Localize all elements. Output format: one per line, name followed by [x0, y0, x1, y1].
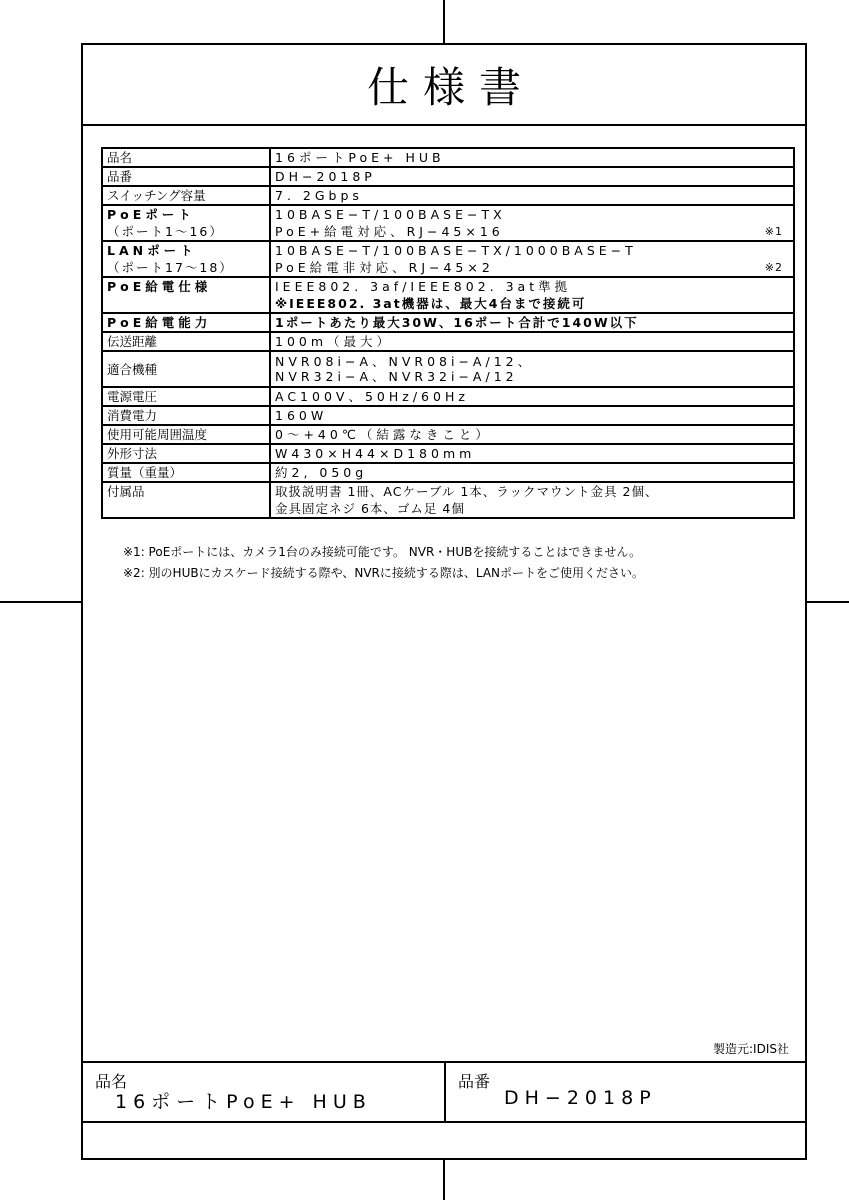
row-label: 付属品 [102, 482, 270, 518]
row-label: LANポート （ポート17〜18） [102, 241, 270, 277]
row-label-line: （ポート1〜16） [107, 223, 265, 240]
row-value-line: 取扱説明書 1冊、ACケーブル 1本、ラックマウント金具 2個、 [275, 483, 789, 500]
row-label-line: PoEポート [107, 206, 265, 223]
row-value-line: 10BASE−T/100BASE−TX [275, 206, 789, 223]
row-label: PoEポート （ポート1〜16） [102, 205, 270, 241]
row-value: 100m（最大） [270, 332, 794, 351]
table-row: 外形寸法 W430×H44×D180mm [102, 444, 794, 463]
table-row: 消費電力 160W [102, 406, 794, 425]
row-value: AC100V、50Hz/60Hz [270, 387, 794, 406]
title-box: 仕様書 [83, 45, 805, 126]
footnote-2: ※2: 別のHUBにカスケード接続する際や、NVRに接続する際は、LANポートを… [123, 563, 644, 584]
footnote-ref: ※2 [765, 259, 789, 276]
row-label: 消費電力 [102, 406, 270, 425]
row-value: 7. 2Gbps [270, 186, 794, 205]
row-value: 1ポートあたり最大30W、16ポート合計で140W以下 [270, 313, 794, 332]
row-value-line: IEEE802. 3af/IEEE802. 3at準拠 [275, 278, 789, 295]
row-label: スイッチング容量 [102, 186, 270, 205]
row-value: 10BASE−T/100BASE−TX PoE+給電対応、RJ−45×16 ※1 [270, 205, 794, 241]
row-value: DH−2018P [270, 167, 794, 186]
row-label: 外形寸法 [102, 444, 270, 463]
row-label: 伝送距離 [102, 332, 270, 351]
table-row: 品名 16ポートPoE+ HUB [102, 148, 794, 167]
row-value: 0〜+40℃（結露なきこと） [270, 425, 794, 444]
product-number-value: DH−2018P [504, 1087, 657, 1109]
row-value: NVR08i−A、NVR08i−A/12、 NVR32i−A、NVR32i−A/… [270, 351, 794, 387]
crop-mark-left [0, 601, 81, 603]
title-block: 品名 16ポートPoE+ HUB 品番 DH−2018P [83, 1061, 805, 1123]
table-row: 電源電圧 AC100V、50Hz/60Hz [102, 387, 794, 406]
row-value-line: 10BASE−T/100BASE−TX/1000BASE−T [275, 242, 789, 259]
crop-mark-top [443, 0, 445, 43]
table-row: 質量（重量） 約2, 050g [102, 463, 794, 482]
footnotes: ※1: PoEポートには、カメラ1台のみ接続可能です。 NVR・HUBを接続する… [123, 542, 644, 584]
row-value: W430×H44×D180mm [270, 444, 794, 463]
row-label-line: LANポート [107, 242, 265, 259]
row-label: PoE給電仕様 [102, 277, 270, 313]
row-value-line: NVR08i−A、NVR08i−A/12、 [275, 354, 789, 369]
row-value-line: PoE給電非対応、RJ−45×2 [275, 259, 494, 276]
row-label: 質量（重量） [102, 463, 270, 482]
footnote-ref: ※1 [765, 223, 789, 240]
row-value: 160W [270, 406, 794, 425]
table-row: PoEポート （ポート1〜16） 10BASE−T/100BASE−TX PoE… [102, 205, 794, 241]
row-label-line: （ポート17〜18） [107, 259, 265, 276]
row-label: PoE給電能力 [102, 313, 270, 332]
table-row: 適合機種 NVR08i−A、NVR08i−A/12、 NVR32i−A、NVR3… [102, 351, 794, 387]
document-frame: 仕様書 品名 16ポートPoE+ HUB 品番 DH−2018P スイッチング容… [81, 43, 807, 1160]
product-name-cell: 品名 16ポートPoE+ HUB [83, 1063, 446, 1121]
row-label: 適合機種 [102, 351, 270, 387]
table-row: 使用可能周囲温度 0〜+40℃（結露なきこと） [102, 425, 794, 444]
table-row: PoE給電仕様 IEEE802. 3af/IEEE802. 3at準拠 ※IEE… [102, 277, 794, 313]
row-value-line: ※IEEE802. 3at機器は、最大4台まで接続可 [275, 295, 789, 312]
row-label: 品名 [102, 148, 270, 167]
row-label: 品番 [102, 167, 270, 186]
manufacturer-label: 製造元:IDIS社 [713, 1040, 789, 1057]
spec-table: 品名 16ポートPoE+ HUB 品番 DH−2018P スイッチング容量 7.… [101, 147, 795, 519]
crop-mark-bottom [443, 1160, 445, 1200]
table-row: 付属品 取扱説明書 1冊、ACケーブル 1本、ラックマウント金具 2個、 金具固… [102, 482, 794, 518]
row-value-line: NVR32i−A、NVR32i−A/12 [275, 369, 789, 384]
table-row: PoE給電能力 1ポートあたり最大30W、16ポート合計で140W以下 [102, 313, 794, 332]
row-value-line: 金具固定ネジ 6本、ゴム足 4個 [275, 500, 789, 517]
row-value: 取扱説明書 1冊、ACケーブル 1本、ラックマウント金具 2個、 金具固定ネジ … [270, 482, 794, 518]
table-row: 品番 DH−2018P [102, 167, 794, 186]
table-row: 伝送距離 100m（最大） [102, 332, 794, 351]
row-value-line: PoE+給電対応、RJ−45×16 [275, 223, 504, 240]
footnote-1: ※1: PoEポートには、カメラ1台のみ接続可能です。 NVR・HUBを接続する… [123, 542, 644, 563]
page-title: 仕様書 [353, 55, 535, 115]
product-number-label: 品番 [458, 1069, 490, 1092]
row-value: IEEE802. 3af/IEEE802. 3at準拠 ※IEEE802. 3a… [270, 277, 794, 313]
row-value: 約2, 050g [270, 463, 794, 482]
product-number-cell: 品番 DH−2018P [446, 1063, 805, 1121]
row-value: 16ポートPoE+ HUB [270, 148, 794, 167]
table-row: スイッチング容量 7. 2Gbps [102, 186, 794, 205]
crop-mark-right [807, 601, 849, 603]
row-value: 10BASE−T/100BASE−TX/1000BASE−T PoE給電非対応、… [270, 241, 794, 277]
row-label: 電源電圧 [102, 387, 270, 406]
row-label: 使用可能周囲温度 [102, 425, 270, 444]
table-row: LANポート （ポート17〜18） 10BASE−T/100BASE−TX/10… [102, 241, 794, 277]
product-name-value: 16ポートPoE+ HUB [115, 1087, 372, 1114]
